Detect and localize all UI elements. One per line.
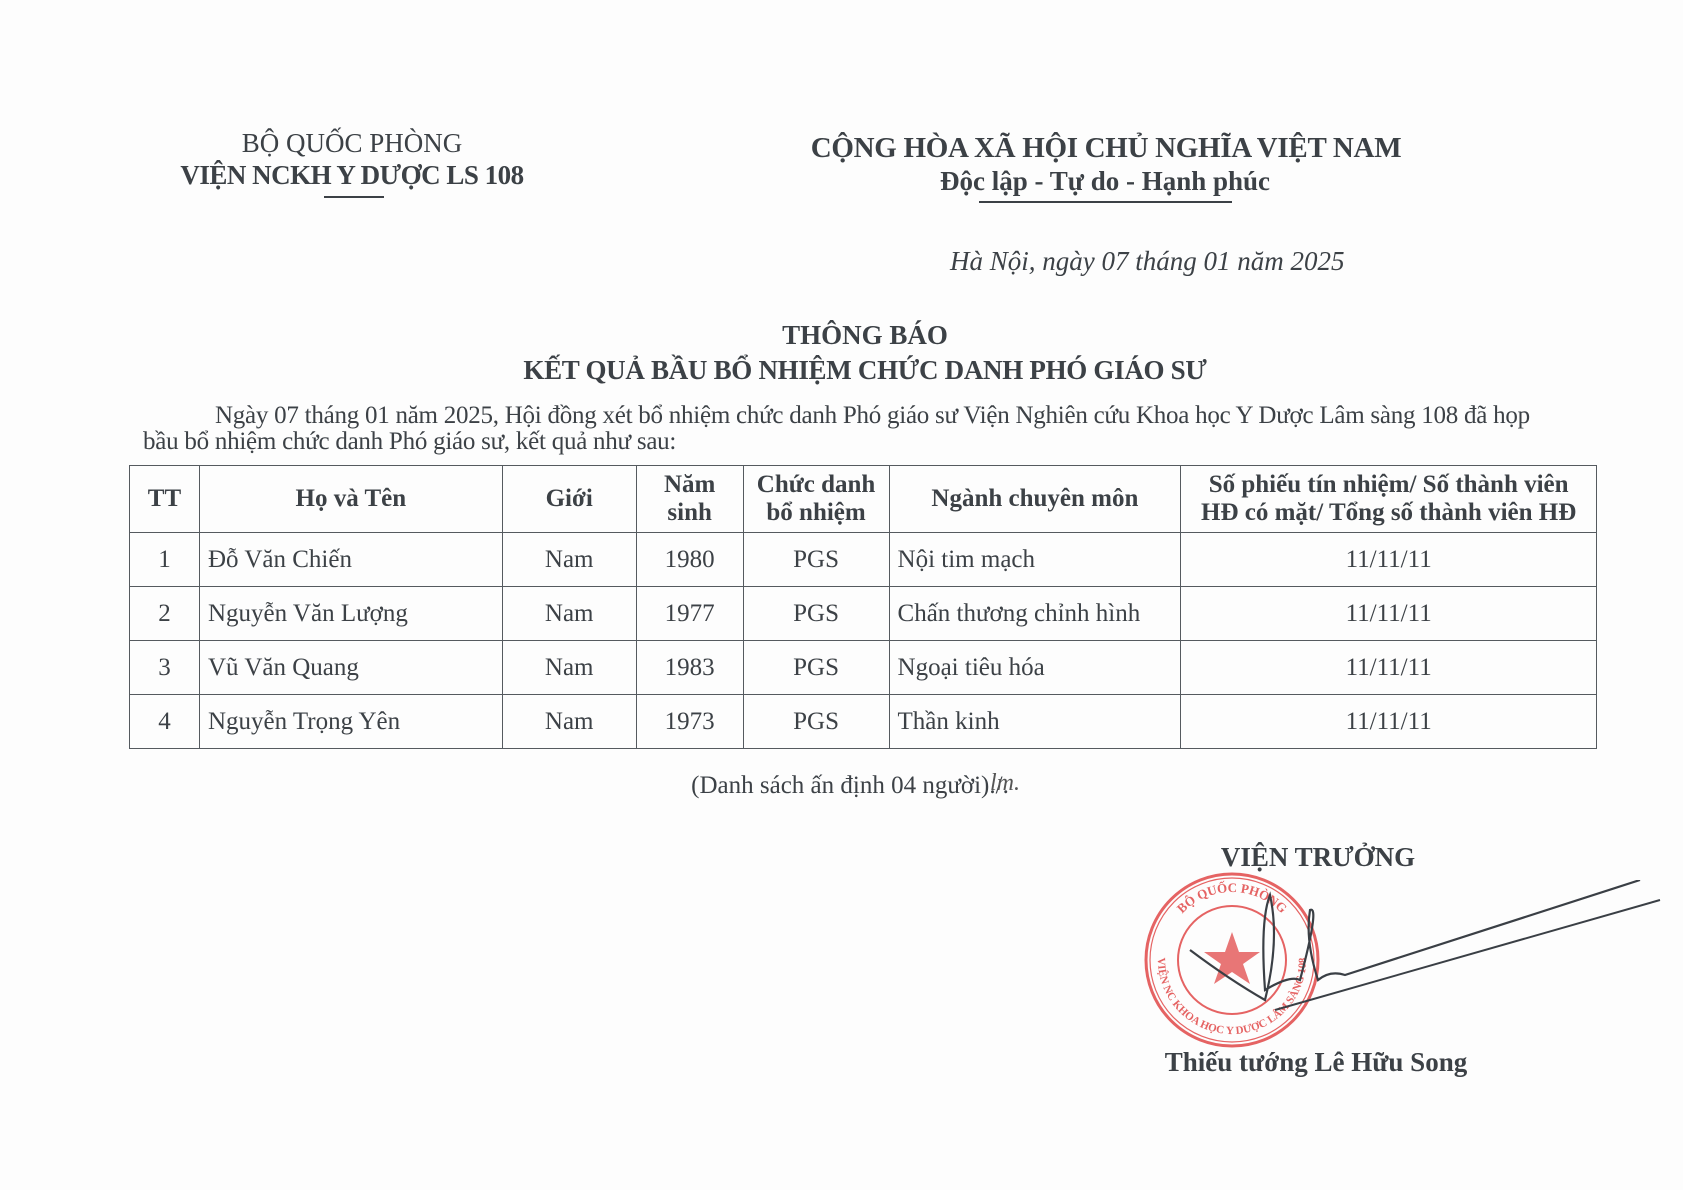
- institute-underline: [324, 196, 384, 198]
- national-motto: Độc lập - Tự do - Hạnh phúc: [940, 166, 1270, 197]
- cell-specialty: Chấn thương chỉnh hình: [889, 587, 1181, 641]
- cell-specialty: Thần kinh: [889, 695, 1181, 749]
- signatory-name: Thiếu tướng Lê Hữu Song: [1165, 1047, 1467, 1078]
- cell-name: Nguyễn Trọng Yên: [199, 695, 502, 749]
- header-tt: TT: [130, 466, 200, 533]
- cell-name: Vũ Văn Quang: [199, 641, 502, 695]
- header-birth-year-l1: Năm: [664, 471, 715, 498]
- table-row: 4Nguyễn Trọng YênNam1973PGSThần kinh11/1…: [130, 695, 1597, 749]
- table-header-row: TT Họ và Tên Giới Nămsinh Chức danhbổ nh…: [130, 466, 1597, 533]
- cell-name: Nguyễn Văn Lượng: [199, 587, 502, 641]
- cell-title: PGS: [743, 641, 889, 695]
- results-table: TT Họ và Tên Giới Nămsinh Chức danhbổ nh…: [129, 465, 1597, 749]
- cell-gender: Nam: [502, 695, 636, 749]
- cell-specialty: Nội tim mạch: [889, 533, 1181, 587]
- cell-title: PGS: [743, 587, 889, 641]
- cell-tt: 1: [130, 533, 200, 587]
- header-votes-l2: HĐ có mặt/ Tổng số thành viên HĐ: [1201, 499, 1576, 526]
- cell-votes: 11/11/11: [1181, 695, 1597, 749]
- header-title: Chức danhbổ nhiệm: [743, 466, 889, 533]
- intro-paragraph-line-2: bầu bổ nhiệm chức danh Phó giáo sư, kết …: [143, 428, 676, 456]
- cell-gender: Nam: [502, 533, 636, 587]
- header-birth-year-l2: sinh: [667, 499, 711, 526]
- cell-specialty: Ngoại tiêu hóa: [889, 641, 1181, 695]
- date-line: Hà Nội, ngày 07 tháng 01 năm 2025: [950, 246, 1345, 277]
- cell-title: PGS: [743, 533, 889, 587]
- handwritten-initials: lm.: [990, 770, 1020, 797]
- cell-votes: 11/11/11: [1181, 587, 1597, 641]
- motto-underline: [979, 201, 1232, 203]
- cell-votes: 11/11/11: [1181, 641, 1597, 695]
- cell-tt: 4: [130, 695, 200, 749]
- header-title-l2: bổ nhiệm: [766, 499, 865, 526]
- cell-birth-year: 1977: [636, 587, 743, 641]
- header-votes: Số phiếu tín nhiệm/ Số thành viênHĐ có m…: [1181, 466, 1597, 533]
- cell-votes: 11/11/11: [1181, 533, 1597, 587]
- institute-name: VIỆN NCKH Y DƯỢC LS 108: [180, 160, 523, 191]
- header-gender: Giới: [502, 466, 636, 533]
- cell-tt: 3: [130, 641, 200, 695]
- document-subtitle: KẾT QUẢ BẦU BỔ NHIỆM CHỨC DANH PHÓ GIÁO …: [523, 355, 1206, 386]
- intro-paragraph-line-1: Ngày 07 tháng 01 năm 2025, Hội đồng xét …: [215, 402, 1590, 430]
- list-note: (Danh sách ấn định 04 người)./.: [691, 772, 1009, 800]
- cell-tt: 2: [130, 587, 200, 641]
- republic-name: CỘNG HÒA XÃ HỘI CHỦ NGHĨA VIỆT NAM: [811, 132, 1402, 165]
- table-row: 2Nguyễn Văn LượngNam1977PGSChấn thương c…: [130, 587, 1597, 641]
- header-specialty: Ngành chuyên môn: [889, 466, 1181, 533]
- cell-birth-year: 1980: [636, 533, 743, 587]
- signatory-title: VIỆN TRƯỞNG: [1221, 842, 1415, 873]
- cell-gender: Nam: [502, 641, 636, 695]
- table-row: 1Đỗ Văn ChiếnNam1980PGSNội tim mạch11/11…: [130, 533, 1597, 587]
- document-title: THÔNG BÁO: [782, 320, 948, 351]
- header-name: Họ và Tên: [199, 466, 502, 533]
- header-birth-year: Nămsinh: [636, 466, 743, 533]
- cell-title: PGS: [743, 695, 889, 749]
- header-votes-l1: Số phiếu tín nhiệm/ Số thành viên: [1209, 471, 1569, 498]
- cell-birth-year: 1983: [636, 641, 743, 695]
- table-row: 3Vũ Văn QuangNam1983PGSNgoại tiêu hóa11/…: [130, 641, 1597, 695]
- header-title-l1: Chức danh: [757, 471, 876, 498]
- signature-icon: [1170, 880, 1670, 1040]
- cell-gender: Nam: [502, 587, 636, 641]
- cell-birth-year: 1973: [636, 695, 743, 749]
- cell-name: Đỗ Văn Chiến: [199, 533, 502, 587]
- ministry-name: BỘ QUỐC PHÒNG: [242, 128, 463, 159]
